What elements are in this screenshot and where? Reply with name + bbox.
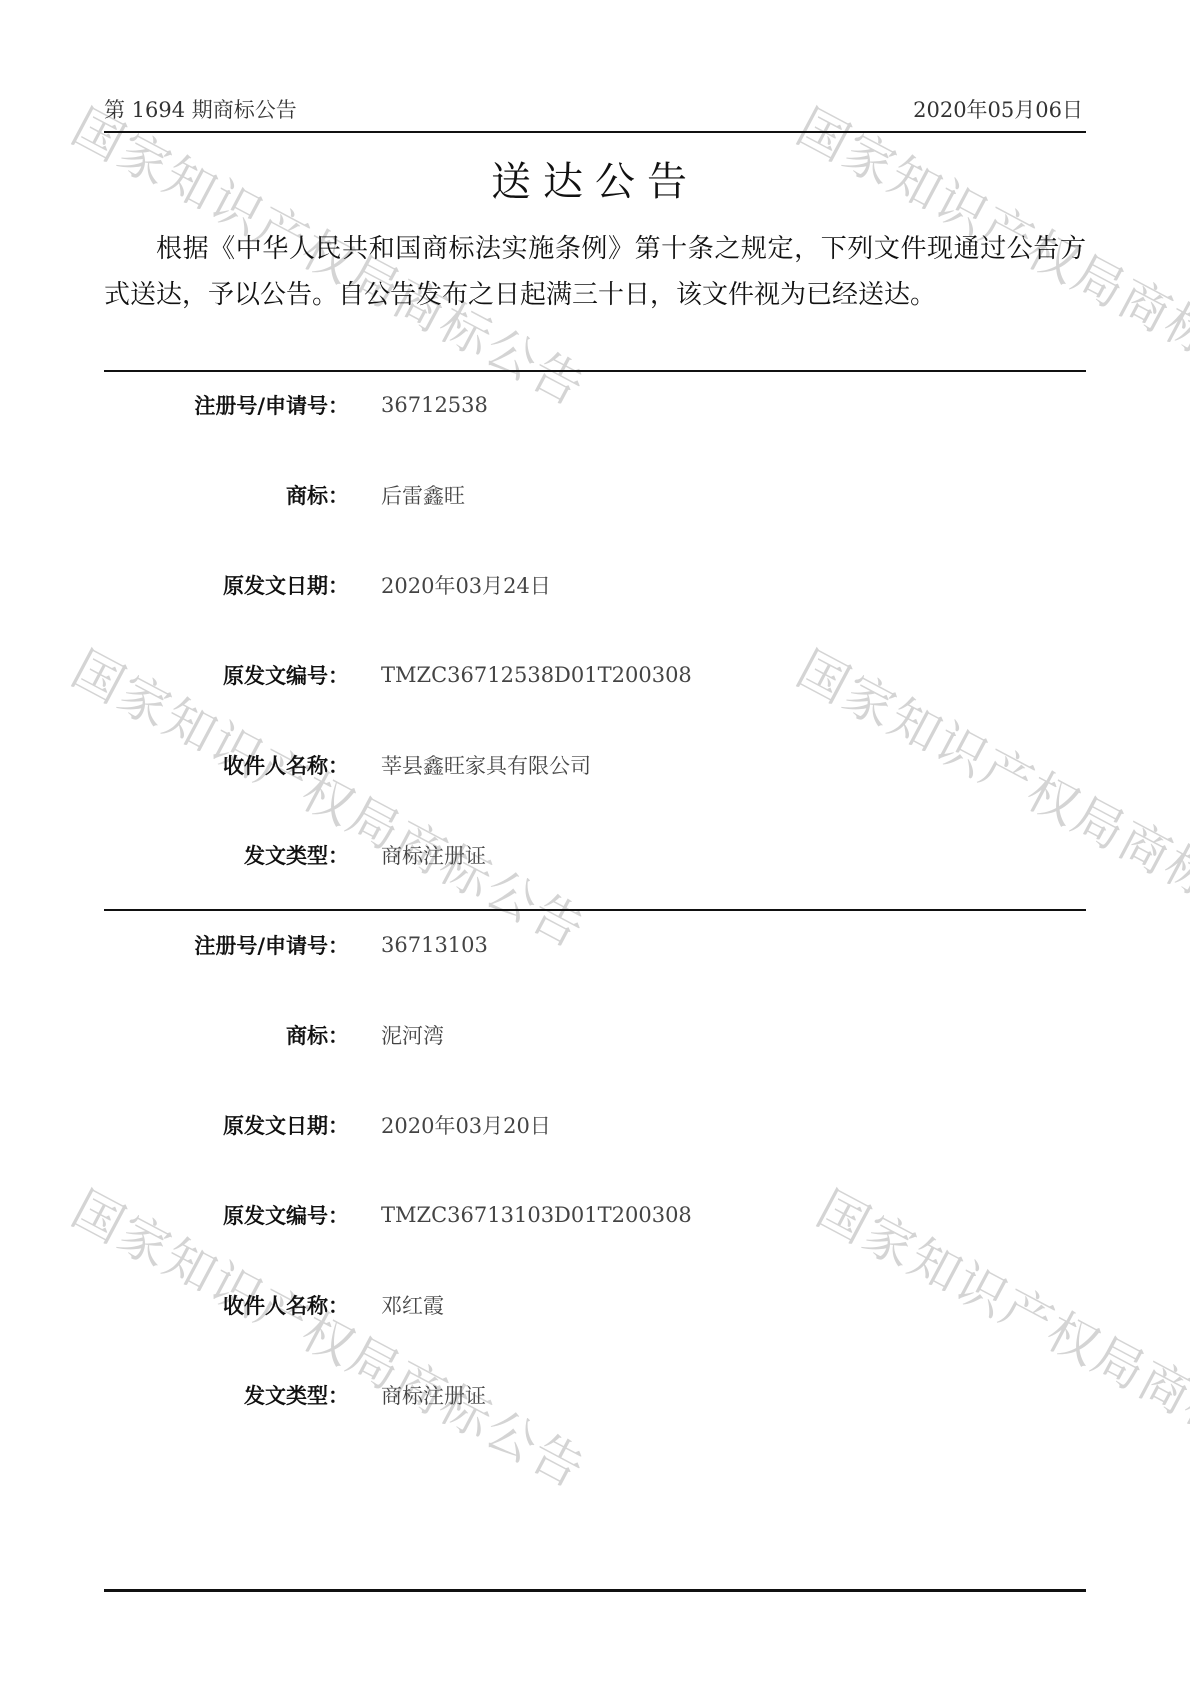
field-value: 后雷鑫旺 [381,480,465,510]
field-reg-no: 注册号/申请号： 36713103 [104,925,1086,965]
field-value: 商标注册证 [381,840,486,870]
intro-paragraph: 根据《中华人民共和国商标法实施条例》第十条之规定，下列文件现通过公告方式送达，予… [104,226,1086,318]
field-label: 原发文日期： [104,570,349,600]
field-label: 收件人名称： [104,750,349,780]
field-label: 发文类型： [104,1380,349,1410]
field-value: 36713103 [381,933,488,957]
field-value: 2020年03月24日 [381,570,551,600]
field-label: 注册号/申请号： [104,390,349,420]
field-value: 36712538 [381,393,488,417]
field-label: 发文类型： [104,840,349,870]
field-label: 原发文编号： [104,660,349,690]
field-value: 商标注册证 [381,1380,486,1410]
footer-divider [104,1589,1086,1592]
publication-date: 2020年05月06日 [913,94,1083,124]
field-recipient: 收件人名称： 邓红霞 [104,1285,1086,1325]
field-orig-date: 原发文日期： 2020年03月20日 [104,1105,1086,1145]
field-label: 原发文日期： [104,1110,349,1140]
header-divider [104,131,1086,133]
field-value: 莘县鑫旺家具有限公司 [381,750,591,780]
field-label: 商标： [104,480,349,510]
field-value: 泥河湾 [381,1020,444,1050]
page-title: 送达公告 [0,150,1190,207]
field-value: TMZC36713103D01T200308 [381,1203,692,1227]
field-label: 商标： [104,1020,349,1050]
field-doc-type: 发文类型： 商标注册证 [104,835,1086,875]
record-divider [104,909,1086,911]
field-value: 2020年03月20日 [381,1110,551,1140]
field-label: 原发文编号： [104,1200,349,1230]
field-orig-no: 原发文编号： TMZC36712538D01T200308 [104,655,1086,695]
issue-number: 第 1694 期商标公告 [104,94,297,124]
field-mark: 商标： 泥河湾 [104,1015,1086,1055]
field-reg-no: 注册号/申请号： 36712538 [104,385,1086,425]
field-value: TMZC36712538D01T200308 [381,663,692,687]
section-divider [104,370,1086,372]
field-orig-no: 原发文编号： TMZC36713103D01T200308 [104,1195,1086,1235]
field-mark: 商标： 后雷鑫旺 [104,475,1086,515]
field-orig-date: 原发文日期： 2020年03月24日 [104,565,1086,605]
field-recipient: 收件人名称： 莘县鑫旺家具有限公司 [104,745,1086,785]
field-value: 邓红霞 [381,1290,444,1320]
field-label: 注册号/申请号： [104,930,349,960]
field-label: 收件人名称： [104,1290,349,1320]
field-doc-type: 发文类型： 商标注册证 [104,1375,1086,1415]
